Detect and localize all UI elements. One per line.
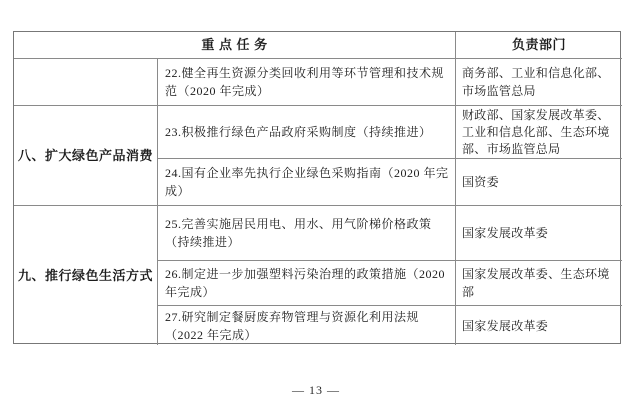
dept-cell-23: 财政部、国家发展改革委、工业和信息化部、生态环境部、市场监管总局 <box>456 106 622 159</box>
category-cell-section-9: 九、推行绿色生活方式 <box>14 206 158 345</box>
header-responsible-department: 负责部门 <box>456 32 622 59</box>
dept-cell-25: 国家发展改革委 <box>456 206 622 261</box>
dept-cell-24: 国资委 <box>456 159 622 206</box>
task-cell-23: 23.积极推行绿色产品政府采购制度（持续推进） <box>158 106 456 159</box>
category-cell-empty <box>14 59 158 106</box>
category-cell-section-8: 八、扩大绿色产品消费 <box>14 106 158 206</box>
task-cell-25: 25.完善实施居民用电、用水、用气阶梯价格政策（持续推进） <box>158 206 456 261</box>
page-number: — 13 — <box>0 383 632 398</box>
task-cell-22: 22.健全再生资源分类回收利用等环节管理和技术规范（2020 年完成） <box>158 59 456 106</box>
key-tasks-table: 重 点 任 务 负责部门 22.健全再生资源分类回收利用等环节管理和技术规范（2… <box>13 31 621 344</box>
task-cell-27: 27.研究制定餐厨废弃物管理与资源化利用法规（2022 年完成） <box>158 306 456 345</box>
dept-cell-22: 商务部、工业和信息化部、市场监管总局 <box>456 59 622 106</box>
dept-cell-27: 国家发展改革委 <box>456 306 622 345</box>
task-cell-24: 24.国有企业率先执行企业绿色采购指南（2020 年完成） <box>158 159 456 206</box>
task-cell-26: 26.制定进一步加强塑料污染治理的政策措施（2020 年完成） <box>158 261 456 306</box>
header-key-tasks: 重 点 任 务 <box>14 32 456 59</box>
dept-cell-26: 国家发展改革委、生态环境部 <box>456 261 622 306</box>
